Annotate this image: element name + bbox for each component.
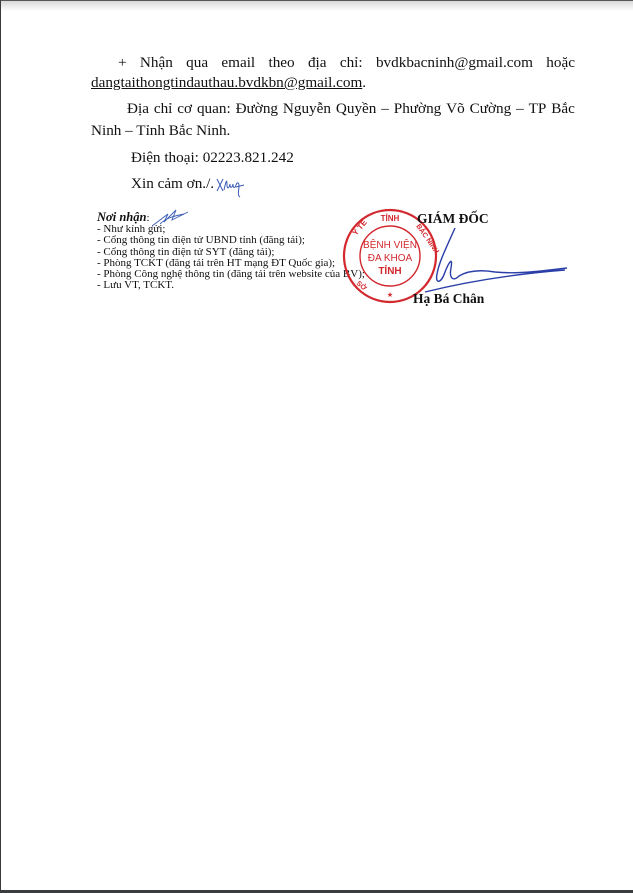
word: chỉ:: [340, 54, 363, 72]
word: –: [516, 100, 524, 118]
recipient-item: - Lưu VT, TCKT.: [97, 280, 365, 291]
address-continuation: Ninh – Tỉnh Bắc Ninh.: [91, 122, 230, 140]
word: chỉ: [154, 100, 173, 118]
primary-email-link[interactable]: bvdkbacninh@gmail.com: [376, 54, 533, 72]
director-title: GIÁM ĐỐC: [417, 211, 489, 227]
email-line: +Nhậnquaemailtheođịachỉ:bvdkbacninh@gmai…: [118, 54, 575, 72]
svg-text:SỞ: SỞ: [355, 279, 369, 293]
word: địa: [308, 54, 327, 72]
word: Nhận: [140, 54, 173, 72]
word: Bắc: [551, 100, 575, 118]
word: Võ: [446, 100, 465, 118]
recipient-item: - Cổng thông tin điện tử UBND tỉnh (đăng…: [97, 235, 365, 246]
svg-text:Y TẾ: Y TẾ: [350, 217, 369, 237]
word: theo: [268, 54, 294, 72]
recipients-title: Nơi nhận: [97, 210, 146, 224]
page-top-shadow: [1, 1, 633, 11]
director-name: Hạ Bá Chân: [413, 291, 484, 307]
closing-line: Xin cảm ơn./.: [131, 175, 214, 193]
word: Nguyễn: [283, 100, 331, 118]
word: email: [221, 54, 255, 72]
secondary-email-link[interactable]: dangtaithongtindauthau.bvdkbn@gmail.com: [91, 74, 362, 91]
word: Cường: [470, 100, 512, 118]
word: qua: [186, 54, 208, 72]
svg-text:TỈNH: TỈNH: [381, 214, 400, 223]
recipient-initial-scribble-icon: [150, 206, 190, 228]
director-signature-icon: [395, 226, 570, 301]
recipients-block: Nơi nhận: - Như kính gửi;- Cổng thông ti…: [97, 211, 365, 291]
initial-signature-icon: [214, 175, 250, 199]
word: Địa: [127, 100, 149, 118]
word: TP: [529, 100, 547, 118]
word: hoặc: [546, 54, 575, 72]
word: quan:: [197, 100, 231, 118]
svg-text:★: ★: [387, 291, 393, 299]
word: Phường: [394, 100, 442, 118]
recipients-list: - Như kính gửi;- Cổng thông tin điện tử …: [97, 224, 365, 291]
secondary-email-line: dangtaithongtindauthau.bvdkbn@gmail.com.: [91, 74, 366, 92]
word: Đường: [236, 100, 278, 118]
phone-line: Điện thoại: 02223.821.242: [131, 149, 294, 167]
email-trailing-period: .: [362, 74, 366, 91]
word: –: [381, 100, 389, 118]
address-line: Địachỉcơquan:ĐườngNguyễnQuyền–PhườngVõCư…: [127, 100, 575, 118]
word: cơ: [177, 100, 192, 118]
word: +: [118, 54, 127, 72]
word: Quyền: [336, 100, 377, 118]
